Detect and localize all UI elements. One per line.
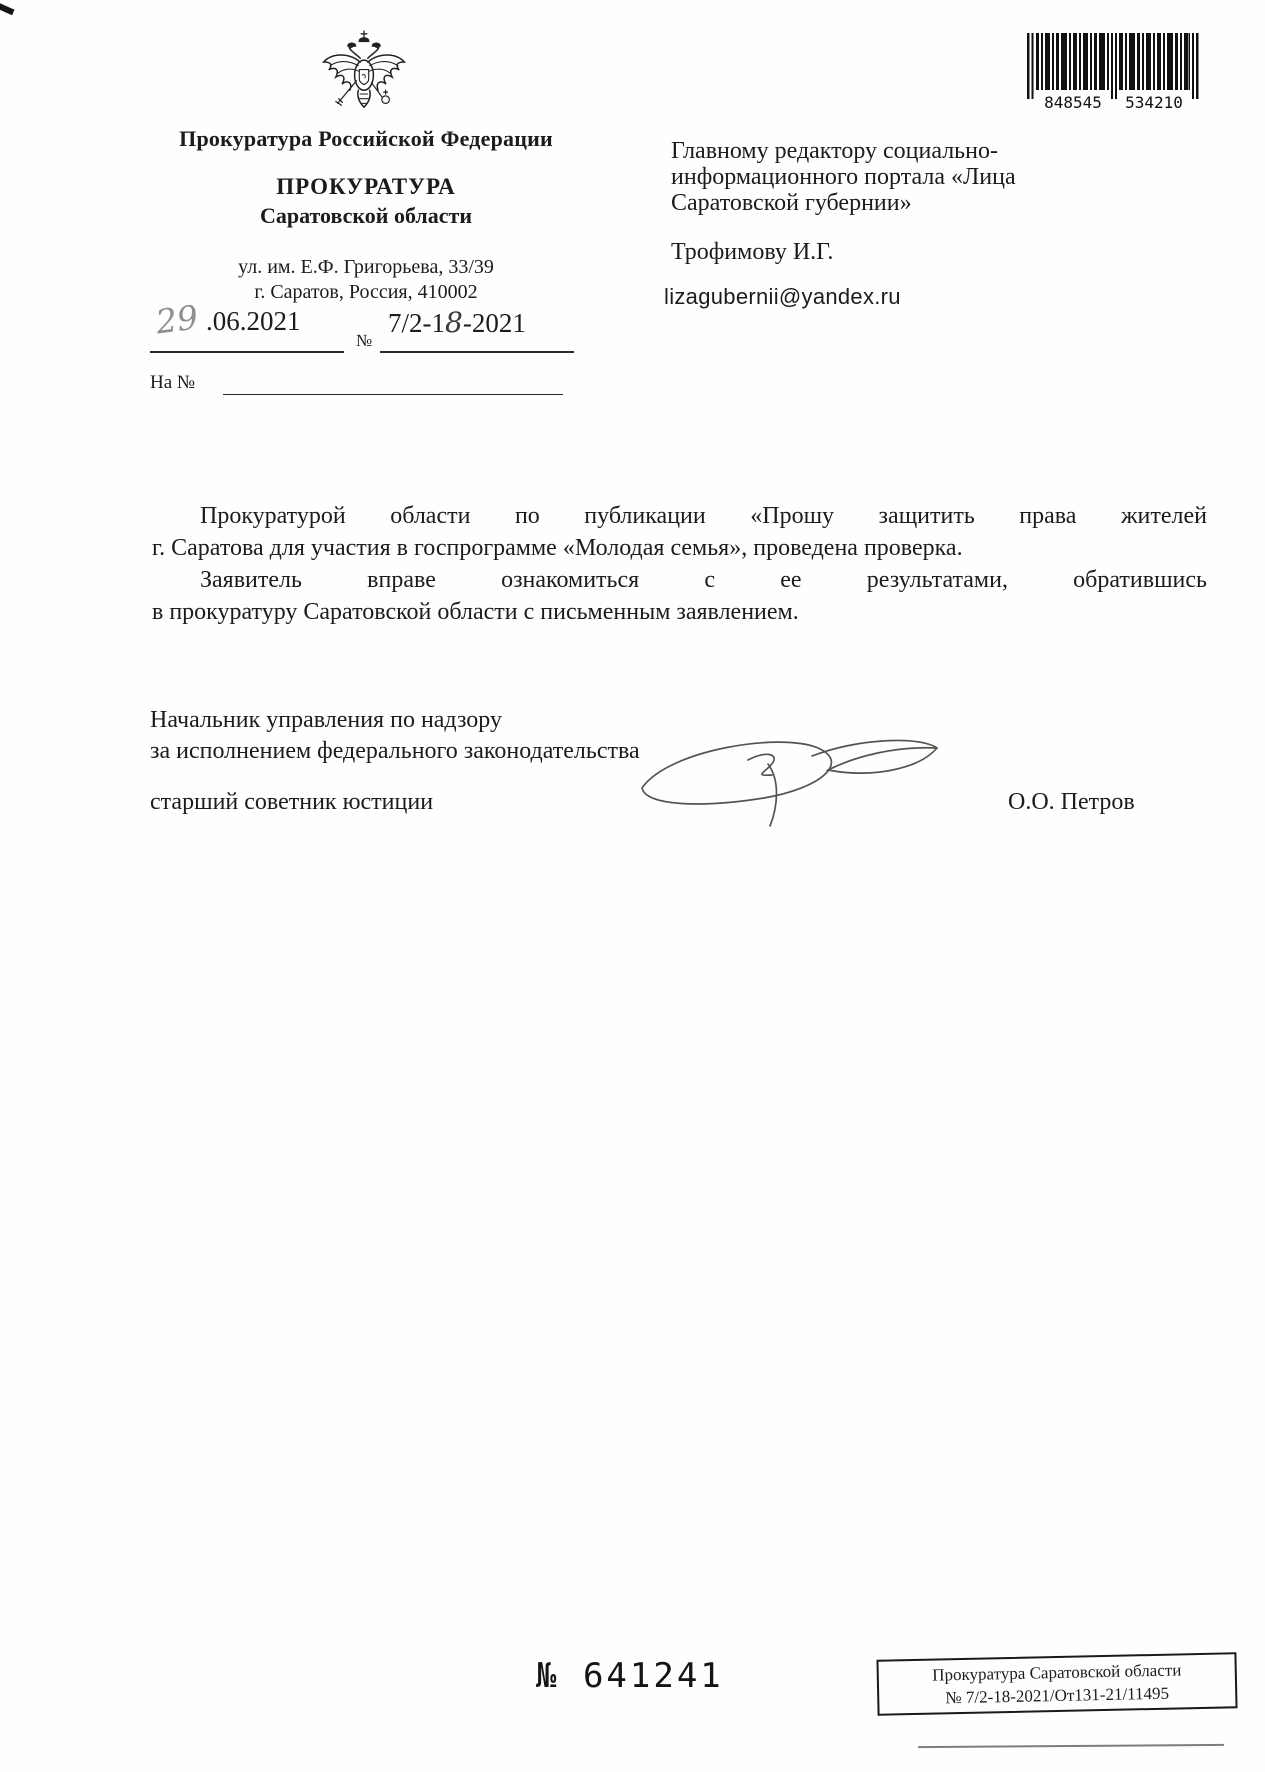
body-paragraph1-line1: Прокуратурой области по публикации «Прош… bbox=[152, 500, 1207, 532]
doc-number-pre: 7/2-1 bbox=[388, 308, 445, 338]
org-address-street: ул. им. Е.Ф. Григорьева, 33/39 bbox=[166, 256, 566, 279]
barcode: 848545 534210 bbox=[1027, 33, 1199, 116]
letter-date: .06.2021 bbox=[206, 306, 301, 337]
letter-date-day-handwritten: 29 bbox=[154, 298, 200, 342]
signer-position: Начальник управления по надзору за испол… bbox=[150, 705, 640, 767]
recipient-email: lizagubernii@yandex.ru bbox=[664, 284, 901, 310]
recipient-name: Трофимову И.Г. bbox=[671, 239, 833, 266]
number-sign-label: № bbox=[356, 331, 372, 351]
scan-artifact bbox=[0, 3, 14, 15]
signer-name: О.О. Петров bbox=[1008, 789, 1135, 816]
org-address-city: г. Саратов, Россия, 410002 bbox=[166, 281, 566, 304]
body-paragraph2-line1: Заявитель вправе ознакомиться с ее резул… bbox=[152, 564, 1207, 596]
doc-number-post: -2021 bbox=[463, 308, 526, 338]
incoming-stamp-number: № 641241 bbox=[536, 1656, 724, 1696]
date-underline bbox=[150, 351, 344, 353]
letter-body: Прокуратурой области по публикации «Прош… bbox=[152, 500, 1207, 628]
registration-stamp-box: Прокуратура Саратовской области № 7/2-18… bbox=[876, 1652, 1237, 1716]
body-paragraph1-line2: г. Саратова для участия в госпрограмме «… bbox=[152, 532, 1207, 564]
reply-reference-underline bbox=[223, 394, 563, 395]
recipient-line: Главному редактору социально- bbox=[671, 138, 1141, 164]
reply-reference-label: На № bbox=[150, 372, 195, 394]
signer-rank: старший советник юстиции bbox=[150, 789, 433, 816]
org-parent-name: Прокуратура Российской Федерации bbox=[166, 126, 566, 152]
signer-position-line2: за исполнением федерального законодатель… bbox=[150, 736, 640, 767]
number-underline bbox=[380, 351, 574, 353]
barcode-right-digits: 534210 bbox=[1125, 93, 1183, 111]
coat-of-arms-emblem bbox=[317, 28, 411, 133]
signer-position-line1: Начальник управления по надзору bbox=[150, 705, 640, 736]
org-region: Саратовской области bbox=[166, 203, 566, 229]
recipient-line: информационного портала «Лица bbox=[671, 164, 1141, 190]
org-name: ПРОКУРАТУРА bbox=[166, 174, 566, 200]
recipient-block: Главному редактору социально- информацио… bbox=[671, 138, 1141, 216]
scan-line-artifact bbox=[918, 1744, 1224, 1748]
recipient-line: Саратовской губернии» bbox=[671, 190, 1141, 216]
body-paragraph2-line2: в прокуратуру Саратовской области с пись… bbox=[152, 596, 1207, 628]
doc-number-handwritten-digit: 8 bbox=[445, 306, 463, 339]
signature-autograph bbox=[630, 726, 955, 836]
outgoing-document-number: 7/2-18-2021 bbox=[388, 306, 526, 339]
scanned-letter-page: 848545 534210 Прокуратура Российской Фед… bbox=[0, 0, 1265, 1772]
barcode-left-digits: 848545 bbox=[1044, 93, 1102, 111]
